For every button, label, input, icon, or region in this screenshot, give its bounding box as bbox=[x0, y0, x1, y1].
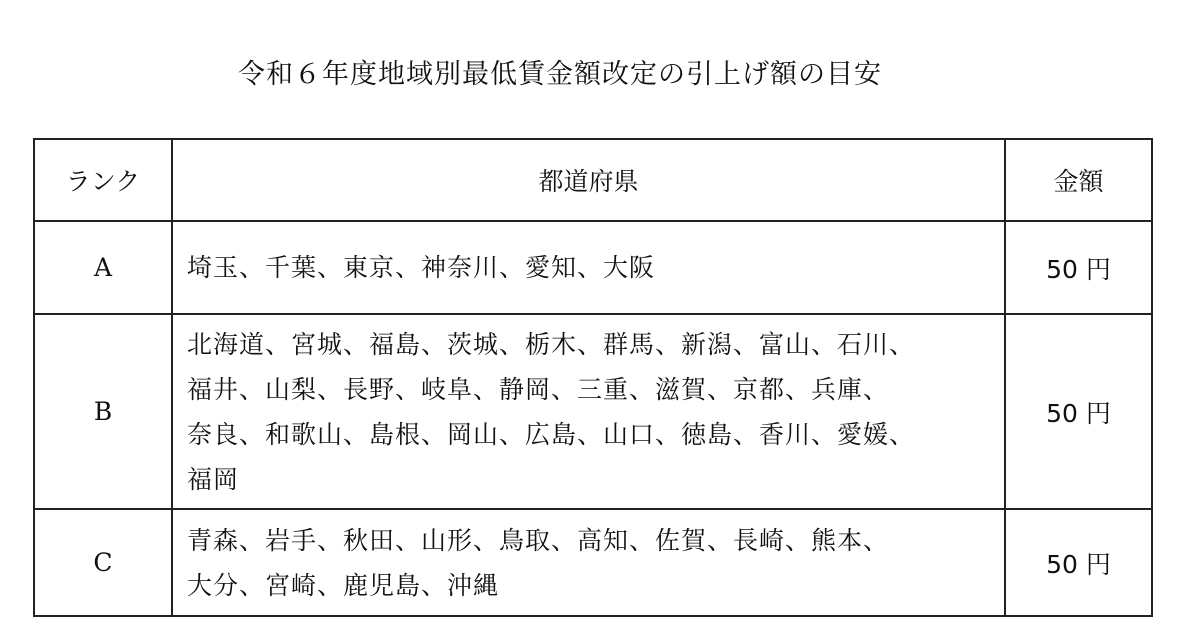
table-header-row: ランク 都道府県 金額 bbox=[34, 139, 1152, 221]
header-amount: 金額 bbox=[1005, 139, 1152, 221]
prefectures-cell: 北海道、宮城、福島、茨城、栃木、群馬、新潟、富山、石川、 福井、山梨、長野、岐阜… bbox=[172, 314, 1005, 509]
prefectures-cell: 埼玉、千葉、東京、神奈川、愛知、大阪 bbox=[172, 221, 1005, 314]
rank-cell: B bbox=[34, 314, 172, 509]
minimum-wage-table: ランク 都道府県 金額 A 埼玉、千葉、東京、神奈川、愛知、大阪 50 円 B … bbox=[33, 138, 1153, 617]
header-prefectures: 都道府県 bbox=[172, 139, 1005, 221]
prefectures-line: 青森、岩手、秋田、山形、鳥取、高知、佐賀、長崎、熊本、 bbox=[187, 518, 1004, 563]
amount-cell: 50 円 bbox=[1005, 221, 1152, 314]
prefectures-line: 福岡 bbox=[187, 457, 1004, 502]
header-rank: ランク bbox=[34, 139, 172, 221]
table-row: C 青森、岩手、秋田、山形、鳥取、高知、佐賀、長崎、熊本、 大分、宮崎、鹿児島、… bbox=[34, 509, 1152, 616]
prefectures-cell: 青森、岩手、秋田、山形、鳥取、高知、佐賀、長崎、熊本、 大分、宮崎、鹿児島、沖縄 bbox=[172, 509, 1005, 616]
prefectures-line: 奈良、和歌山、島根、岡山、広島、山口、徳島、香川、愛媛、 bbox=[187, 412, 1004, 457]
table-row: B 北海道、宮城、福島、茨城、栃木、群馬、新潟、富山、石川、 福井、山梨、長野、… bbox=[34, 314, 1152, 509]
amount-cell: 50 円 bbox=[1005, 509, 1152, 616]
rank-cell: C bbox=[34, 509, 172, 616]
prefectures-line: 福井、山梨、長野、岐阜、静岡、三重、滋賀、京都、兵庫、 bbox=[187, 367, 1004, 412]
prefectures-line: 大分、宮崎、鹿児島、沖縄 bbox=[187, 563, 1004, 608]
rank-cell: A bbox=[34, 221, 172, 314]
document-title: 令和６年度地域別最低賃金額改定の引上げ額の目安 bbox=[0, 52, 1120, 91]
amount-cell: 50 円 bbox=[1005, 314, 1152, 509]
table-row: A 埼玉、千葉、東京、神奈川、愛知、大阪 50 円 bbox=[34, 221, 1152, 314]
prefectures-line: 北海道、宮城、福島、茨城、栃木、群馬、新潟、富山、石川、 bbox=[187, 322, 1004, 367]
